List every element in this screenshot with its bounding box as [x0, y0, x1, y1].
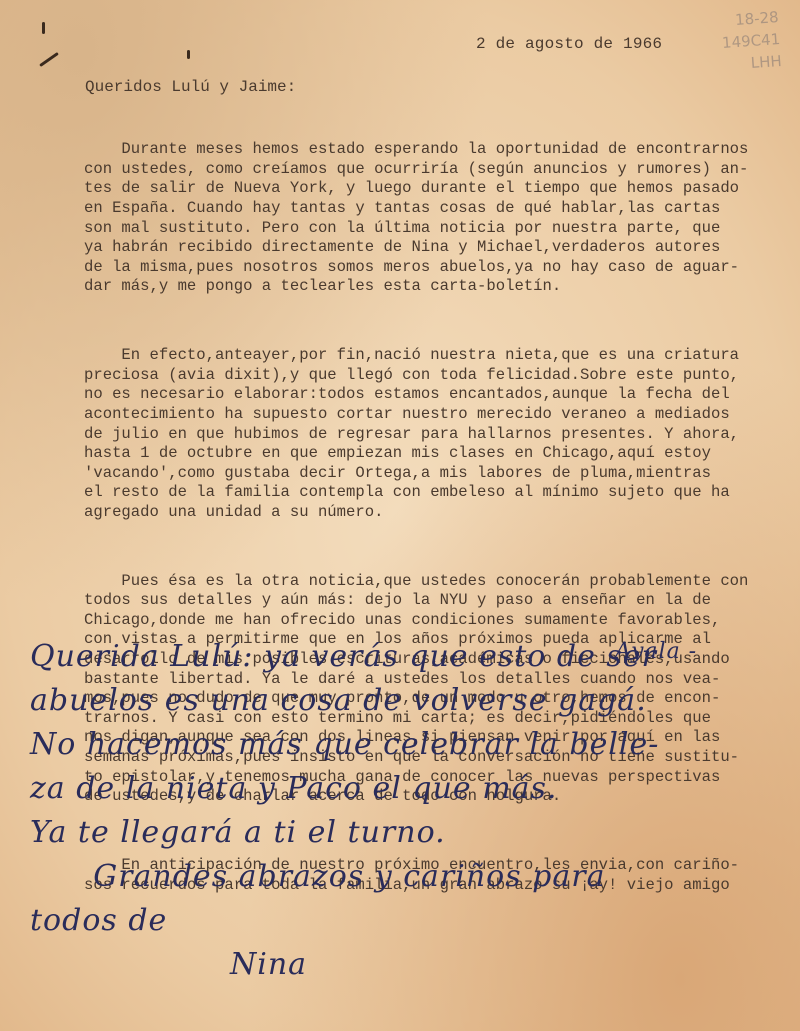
paragraph: En efecto,anteayer,por fin,nació nuestra…: [84, 346, 784, 522]
handwritten-line: Grandes abrazos y cariños para: [30, 855, 790, 899]
paragraph: Durante meses hemos estado esperando la …: [84, 140, 784, 297]
archive-mark: LHH: [723, 50, 783, 76]
handwritten-signature-ayala: Ayala -: [615, 630, 697, 674]
handwritten-line: No hacemos más que celebrar la belle-: [30, 723, 790, 767]
handwritten-note: Ayala - Querida Lulú: ya verás que esto …: [30, 635, 790, 987]
letter-salutation: Queridos Lulú y Jaime:: [85, 78, 296, 96]
ink-mark: [39, 52, 59, 67]
letter-date: 2 de agosto de 1966: [476, 35, 662, 53]
ink-mark: [187, 50, 190, 59]
handwritten-line: abuelos es una cosa de volverse gagá.: [30, 679, 790, 723]
handwritten-signature-nina: Nina: [30, 943, 790, 987]
ink-mark: [42, 22, 45, 34]
handwritten-line: todos de: [30, 899, 790, 943]
letter-page: 18-28 149C41 LHH 2 de agosto de 1966 Que…: [0, 0, 800, 1031]
handwritten-line: Ya te llegará a ti el turno.: [30, 811, 790, 855]
handwritten-line: za de la nieta y Paco el que más.: [30, 767, 790, 811]
archive-pencil-marks: 18-28 149C41 LHH: [720, 6, 783, 76]
